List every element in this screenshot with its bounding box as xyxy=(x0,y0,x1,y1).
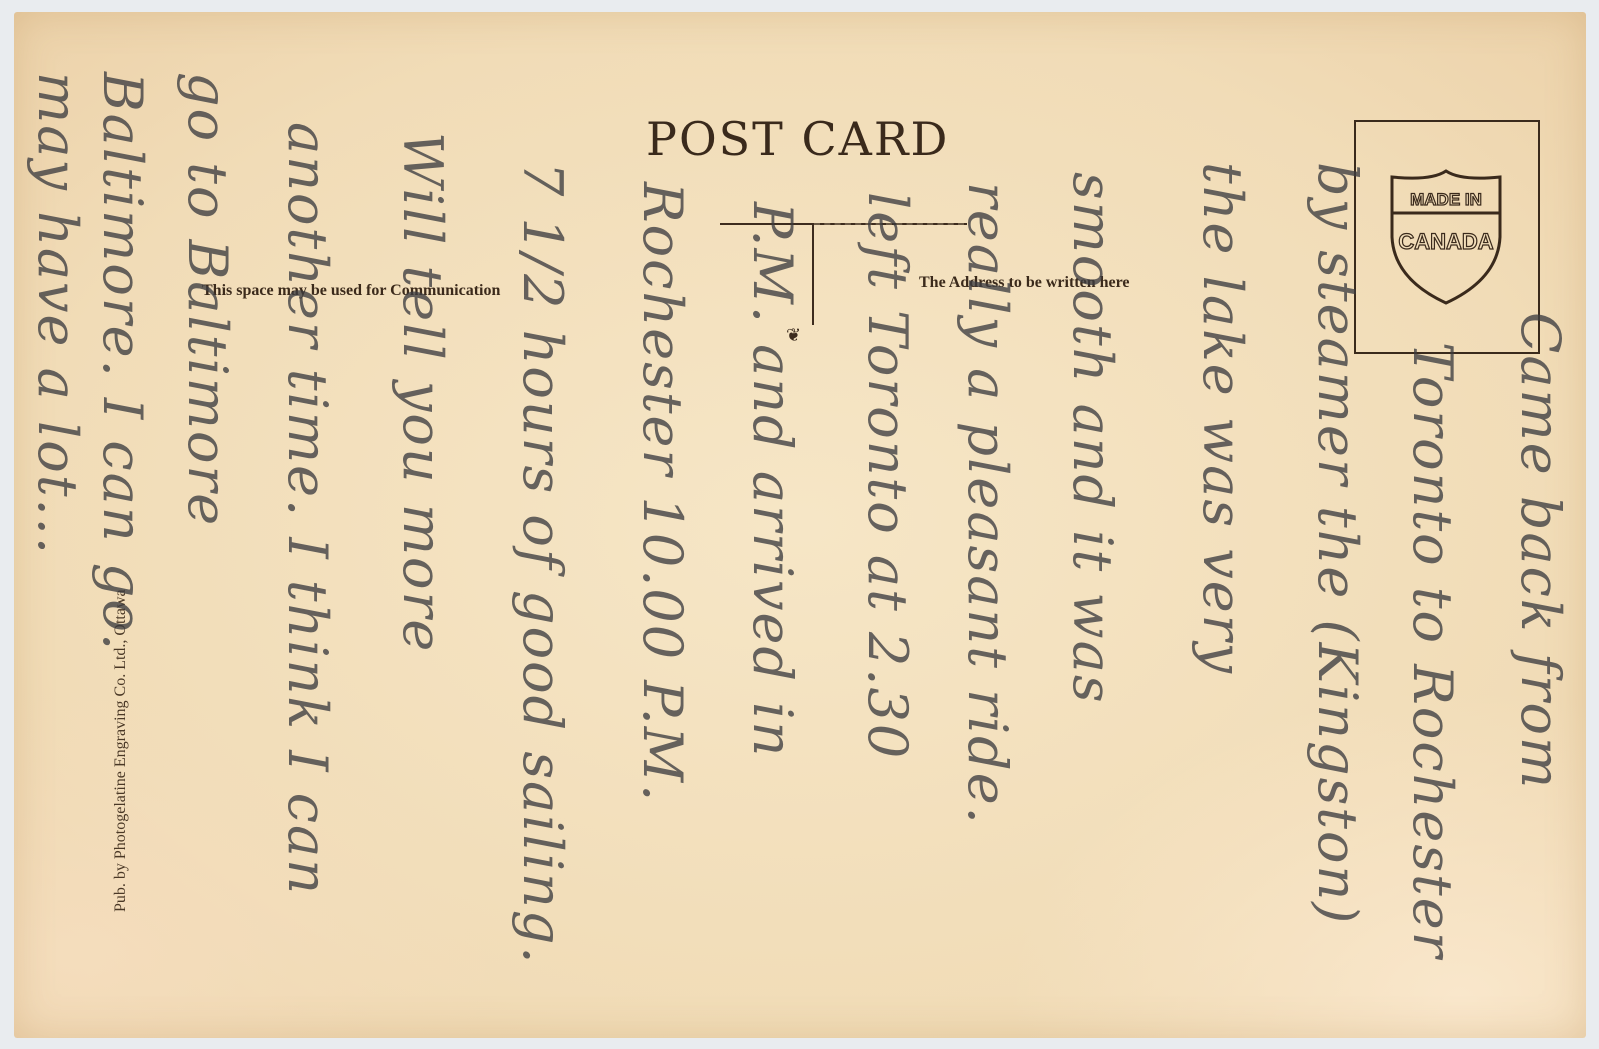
postcard-back: POST CARD This space may be used for Com… xyxy=(14,12,1586,1038)
divider-vertical xyxy=(812,223,814,325)
handwritten-line: smooth and it was xyxy=(1061,172,1124,705)
handwritten-line: Toronto to Rochester xyxy=(1401,342,1464,960)
handwritten-line: really a pleasant ride. xyxy=(956,182,1019,826)
handwritten-line: Will tell you more xyxy=(391,132,454,653)
handwritten-line: may have a lot... xyxy=(26,72,89,556)
svg-text:MADE IN: MADE IN xyxy=(1410,190,1482,209)
handwritten-line: Came back from xyxy=(1509,312,1572,790)
handwritten-line: by steamer the (Kingston) xyxy=(1306,162,1369,925)
postcard-title: POST CARD xyxy=(646,112,949,166)
made-in-canada-shield-icon: MADE IN CANADA xyxy=(1386,167,1506,307)
handwritten-line: Baltimore. I can go. xyxy=(91,72,154,652)
handwritten-line: the lake was very xyxy=(1191,162,1254,675)
handwritten-line: go to Baltimore xyxy=(176,72,239,527)
svg-text:CANADA: CANADA xyxy=(1398,229,1493,254)
handwritten-line: 7 1/2 hours of good sailing. xyxy=(511,162,574,966)
handwritten-line: P.M. and arrived in xyxy=(741,202,804,758)
handwritten-line: left Toronto at 2.30 xyxy=(856,192,919,760)
handwritten-line: Rochester 10.00 P.M. xyxy=(631,182,694,803)
communication-label: This space may be used for Communication xyxy=(202,282,500,300)
handwritten-line: another time. I think I can xyxy=(276,122,339,896)
